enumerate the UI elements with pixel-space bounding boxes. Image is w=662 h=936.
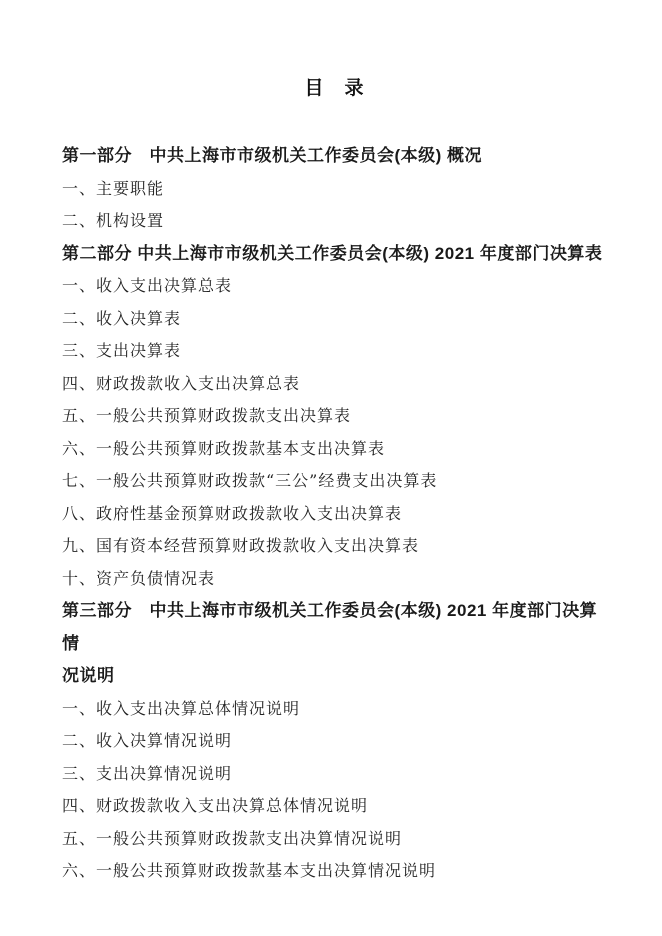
toc-item-s2-9: 九、国有资本经营预算财政拨款收入支出决算表 [62, 530, 607, 563]
toc-item-s2-5: 五、一般公共预算财政拨款支出决算表 [62, 400, 607, 433]
section-2-heading-rest: 中共上海市市级机关工作委员会(本级) 2021 年度部门决算表 [137, 244, 602, 263]
toc-item-s1-2: 二、机构设置 [62, 205, 607, 238]
toc-item-s3-5: 五、一般公共预算财政拨款支出决算情况说明 [62, 823, 607, 856]
toc-page: 目 录 第一部分 中共上海市市级机关工作委员会(本级) 概况 一、主要职能 二、… [0, 0, 662, 936]
section-1-heading: 第一部分 中共上海市市级机关工作委员会(本级) 概况 [62, 140, 607, 173]
toc-item-s2-2: 二、收入决算表 [62, 303, 607, 336]
toc-item-s2-8: 八、政府性基金预算财政拨款收入支出决算表 [62, 498, 607, 531]
section-1-part-label: 第一部分 [62, 146, 150, 165]
toc-item-s3-6: 六、一般公共预算财政拨款基本支出决算情况说明 [62, 855, 607, 888]
page-title: 目 录 [62, 76, 607, 102]
section-3-heading-line-2: 况说明 [62, 660, 607, 693]
toc-item-s2-1: 一、收入支出决算总表 [62, 270, 607, 303]
toc-item-s3-4: 四、财政拨款收入支出决算总体情况说明 [62, 790, 607, 823]
section-3-heading-line-1: 第三部分 中共上海市市级机关工作委员会(本级) 2021 年度部门决算情 [62, 595, 607, 660]
section-3-part-label: 第三部分 [62, 601, 150, 620]
toc-item-s1-1: 一、主要职能 [62, 173, 607, 206]
section-2-part-label: 第二部分 [62, 244, 137, 263]
toc-item-s3-3: 三、支出决算情况说明 [62, 758, 607, 791]
section-1-org-name: 中共上海市市级机关工作委员会(本级) [150, 146, 442, 165]
toc-item-s2-3: 三、支出决算表 [62, 335, 607, 368]
toc-item-s3-1: 一、收入支出决算总体情况说明 [62, 693, 607, 726]
section-1-heading-rest: 概况 [442, 146, 482, 165]
toc-item-s2-4: 四、财政拨款收入支出决算总表 [62, 368, 607, 401]
toc-item-s3-2: 二、收入决算情况说明 [62, 725, 607, 758]
toc-item-s2-10: 十、资产负债情况表 [62, 563, 607, 596]
toc-item-s2-6: 六、一般公共预算财政拨款基本支出决算表 [62, 433, 607, 466]
section-2-heading: 第二部分 中共上海市市级机关工作委员会(本级) 2021 年度部门决算表 [62, 238, 607, 271]
toc-item-s2-7: 七、一般公共预算财政拨款“三公”经费支出决算表 [62, 465, 607, 498]
